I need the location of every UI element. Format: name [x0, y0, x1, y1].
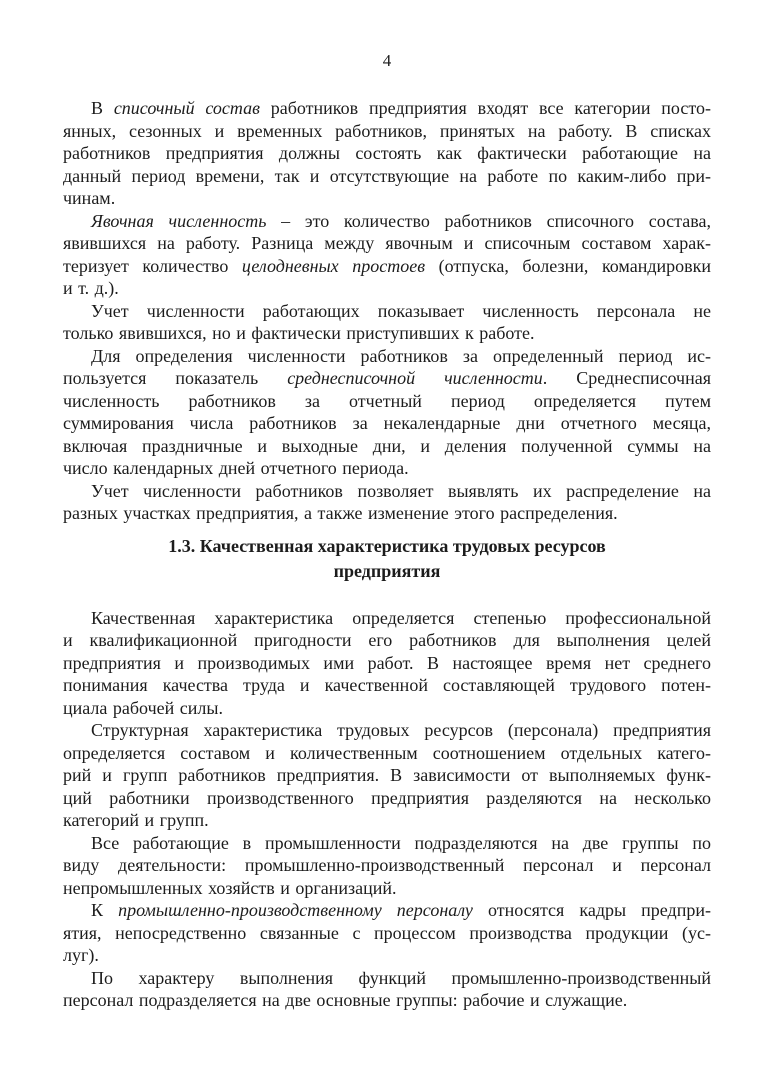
- text-line: Структурная характеристика трудовых ресу…: [63, 719, 711, 742]
- document-content: В списочный состав работников предприяти…: [63, 97, 711, 1012]
- text-line: явившихся на работу. Разница между явочн…: [63, 232, 711, 255]
- text-line: определяется составом и количественным с…: [63, 742, 711, 765]
- text-line: луг).: [63, 944, 711, 967]
- paragraph: Структурная характеристика трудовых ресу…: [63, 719, 711, 832]
- text-line: Явочная численность – это количество раб…: [63, 210, 711, 233]
- paragraph: К промышленно-производственному персонал…: [63, 899, 711, 967]
- text-line: Качественная характеристика определяется…: [63, 607, 711, 630]
- text-line: ций работники производственного предприя…: [63, 787, 711, 810]
- text-line: По характеру выполнения функций промышле…: [63, 967, 711, 990]
- paragraph: Все работающие в промышленности подразде…: [63, 832, 711, 900]
- text-line: и квалификационной пригодности его работ…: [63, 629, 711, 652]
- page-number: 4: [0, 50, 774, 72]
- text-line: только явившихся, но и фактически присту…: [63, 322, 711, 345]
- paragraph: Для определения численности работников з…: [63, 345, 711, 480]
- text-line: циала рабочей силы.: [63, 697, 711, 720]
- text-line: численность работников за отчетный перио…: [63, 390, 711, 413]
- paragraph: В списочный состав работников предприяти…: [63, 97, 711, 210]
- text-line: персонал подразделяется на две основные …: [63, 989, 711, 1012]
- text-line: К промышленно-производственному персонал…: [63, 899, 711, 922]
- text-line: пользуется показатель среднесписочной чи…: [63, 367, 711, 390]
- paragraph: По характеру выполнения функций промышле…: [63, 967, 711, 1012]
- text-line: Все работающие в промышленности подразде…: [63, 832, 711, 855]
- text-line: чинам.: [63, 187, 711, 210]
- text-line: виду деятельности: промышленно-производс…: [63, 854, 711, 877]
- text-line: разных участках предприятия, а также изм…: [63, 502, 711, 525]
- text-line: Для определения численности работников з…: [63, 345, 711, 368]
- document-page: 4 В списочный состав работников предприя…: [0, 0, 774, 1080]
- text-line: Учет численности работников позволяет вы…: [63, 480, 711, 503]
- text-line: понимания качества труда и качественной …: [63, 674, 711, 697]
- text-line: В списочный состав работников предприяти…: [63, 97, 711, 120]
- text-line: Учет численности работающих показывает ч…: [63, 300, 711, 323]
- text-line: число календарных дней отчетного периода…: [63, 457, 711, 480]
- paragraph: Учет численности работников позволяет вы…: [63, 480, 711, 525]
- heading-line: предприятия: [63, 559, 711, 584]
- section-heading: 1.3. Качественная характеристика трудовы…: [63, 534, 711, 584]
- paragraph: Явочная численность – это количество раб…: [63, 210, 711, 300]
- text-line: категорий и групп.: [63, 809, 711, 832]
- text-line: теризует количество целодневных простоев…: [63, 255, 711, 278]
- paragraph: Качественная характеристика определяется…: [63, 607, 711, 720]
- text-line: янных, сезонных и временных работников, …: [63, 120, 711, 143]
- text-line: включая праздничные и выходные дни, и де…: [63, 435, 711, 458]
- text-line: данный период времени, так и отсутствующ…: [63, 165, 711, 188]
- heading-line: 1.3. Качественная характеристика трудовы…: [63, 534, 711, 559]
- text-line: предприятия и производимых ими работ. В …: [63, 652, 711, 675]
- text-line: ятия, непосредственно связанные с процес…: [63, 922, 711, 945]
- text-line: суммирования числа работников за некален…: [63, 412, 711, 435]
- text-line: и т. д.).: [63, 277, 711, 300]
- text-line: рий и групп работников предприятия. В за…: [63, 764, 711, 787]
- text-line: непромышленных хозяйств и организаций.: [63, 877, 711, 900]
- paragraph: Учет численности работающих показывает ч…: [63, 300, 711, 345]
- text-line: работников предприятия должны состоять к…: [63, 142, 711, 165]
